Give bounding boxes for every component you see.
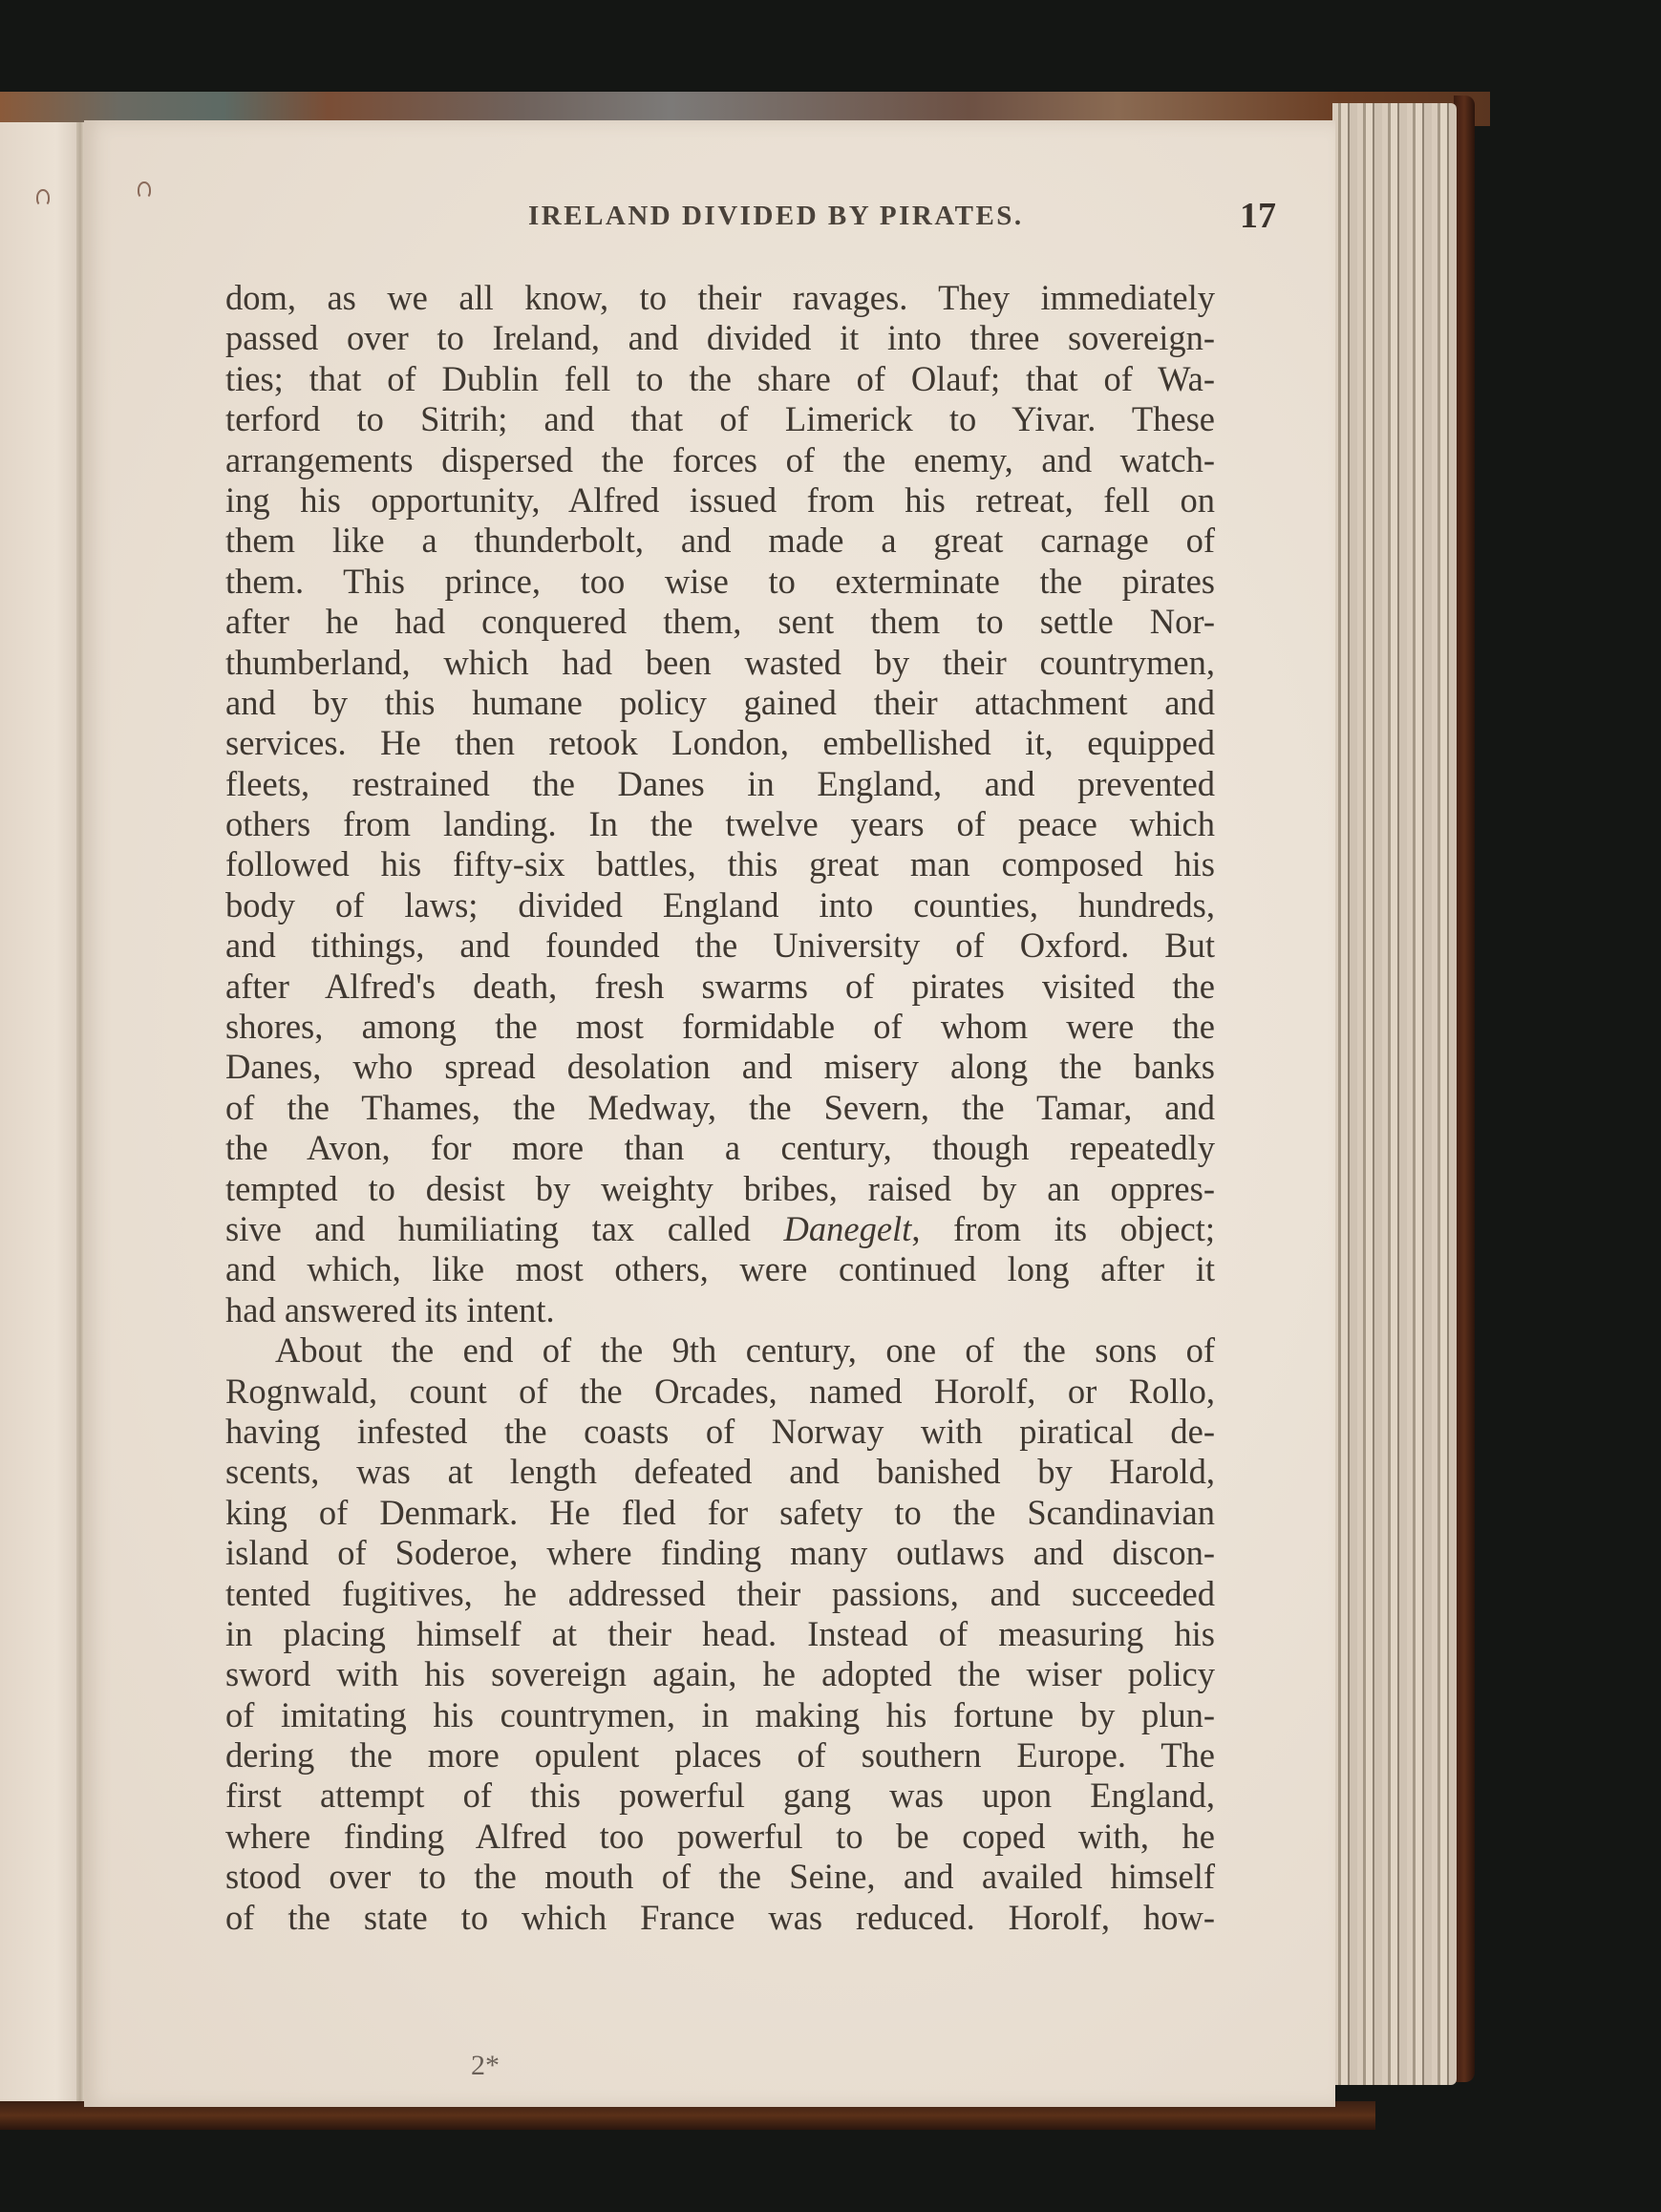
text-line: About the end of the 9th century, one of… <box>225 1330 1215 1371</box>
text-line: tempted to desist by weighty bribes, rai… <box>225 1169 1215 1209</box>
text-line: them. This prince, too wise to extermina… <box>225 562 1215 602</box>
text-segment: sive and humiliating tax called <box>225 1209 784 1248</box>
text-line: Danes, who spread desolation and misery … <box>225 1047 1215 1087</box>
text-line: island of Soderoe, where finding many ou… <box>225 1533 1215 1573</box>
text-line: ties; that of Dublin fell to the share o… <box>225 359 1215 399</box>
text-line: others from landing. In the twelve years… <box>225 804 1215 844</box>
text-line: after Alfred's death, fresh swarms of pi… <box>225 967 1215 1007</box>
text-line: where finding Alfred too powerful to be … <box>225 1817 1215 1857</box>
text-line: in placing himself at their head. Instea… <box>225 1614 1215 1654</box>
text-line: body of laws; divided England into count… <box>225 885 1215 925</box>
text-line: of the Thames, the Medway, the Severn, t… <box>225 1088 1215 1128</box>
text-line: having infested the coasts of Norway wit… <box>225 1412 1215 1452</box>
page-number: 17 <box>1240 195 1276 237</box>
text-line: sive and humiliating tax called Danegelt… <box>225 1209 1215 1249</box>
text-line: dom, as we all know, to their ravages. T… <box>225 278 1215 318</box>
text-line: terford to Sitrih; and that of Limerick … <box>225 399 1215 439</box>
italic-term: Danegelt <box>784 1209 912 1248</box>
text-line: of imitating his countrymen, in making h… <box>225 1695 1215 1735</box>
text-line: the Avon, for more than a century, thoug… <box>225 1128 1215 1168</box>
text-line: of the state to which France was reduced… <box>225 1898 1215 1938</box>
text-line: followed his fifty-six battles, this gre… <box>225 844 1215 884</box>
body-text: dom, as we all know, to their ravages. T… <box>225 278 1215 1938</box>
text-line: and by this humane policy gained their a… <box>225 683 1215 723</box>
text-line: thumberland, which had been wasted by th… <box>225 643 1215 683</box>
page-block-fore-edge <box>1332 103 1457 2085</box>
text-line: after he had conquered them, sent them t… <box>225 602 1215 642</box>
text-line: them like a thunderbolt, and made a grea… <box>225 521 1215 561</box>
text-line: stood over to the mouth of the Seine, an… <box>225 1857 1215 1897</box>
text-line: ing his opportunity, Alfred issued from … <box>225 480 1215 521</box>
text-line: king of Denmark. He fled for safety to t… <box>225 1493 1215 1533</box>
running-head-title: IRELAND DIVIDED BY PIRATES. <box>528 201 1024 232</box>
text-line: arrangements dispersed the forces of the… <box>225 440 1215 480</box>
text-line: shores, among the most formidable of who… <box>225 1007 1215 1047</box>
text-line: sword with his sovereign again, he adopt… <box>225 1654 1215 1694</box>
recto-page: IRELAND DIVIDED BY PIRATES. 17 dom, as w… <box>84 120 1335 2107</box>
text-line: passed over to Ireland, and divided it i… <box>225 318 1215 358</box>
book-cover-right-edge <box>1454 96 1475 2082</box>
text-line: and tithings, and founded the University… <box>225 925 1215 966</box>
verso-page-edge <box>0 122 80 2114</box>
text-line: first attempt of this powerful gang was … <box>225 1776 1215 1816</box>
text-line: Rognwald, count of the Orcades, named Ho… <box>225 1372 1215 1412</box>
text-line: scents, was at length defeated and banis… <box>225 1452 1215 1492</box>
binding-tack-mark <box>36 189 50 206</box>
text-line: and which, like most others, were contin… <box>225 1249 1215 1289</box>
text-segment: , from its object; <box>911 1209 1215 1248</box>
text-line: fleets, restrained the Danes in England,… <box>225 764 1215 804</box>
running-head: IRELAND DIVIDED BY PIRATES. 17 <box>447 201 1288 239</box>
text-line: had answered its intent. <box>225 1290 1215 1330</box>
book-gutter <box>76 122 84 2109</box>
text-line: tented fugitives, he addressed their pas… <box>225 1574 1215 1614</box>
binding-tack-mark <box>138 181 151 199</box>
text-line: dering the more opulent places of southe… <box>225 1735 1215 1776</box>
text-line: services. He then retook London, embelli… <box>225 723 1215 763</box>
signature-mark: 2* <box>471 2050 500 2082</box>
